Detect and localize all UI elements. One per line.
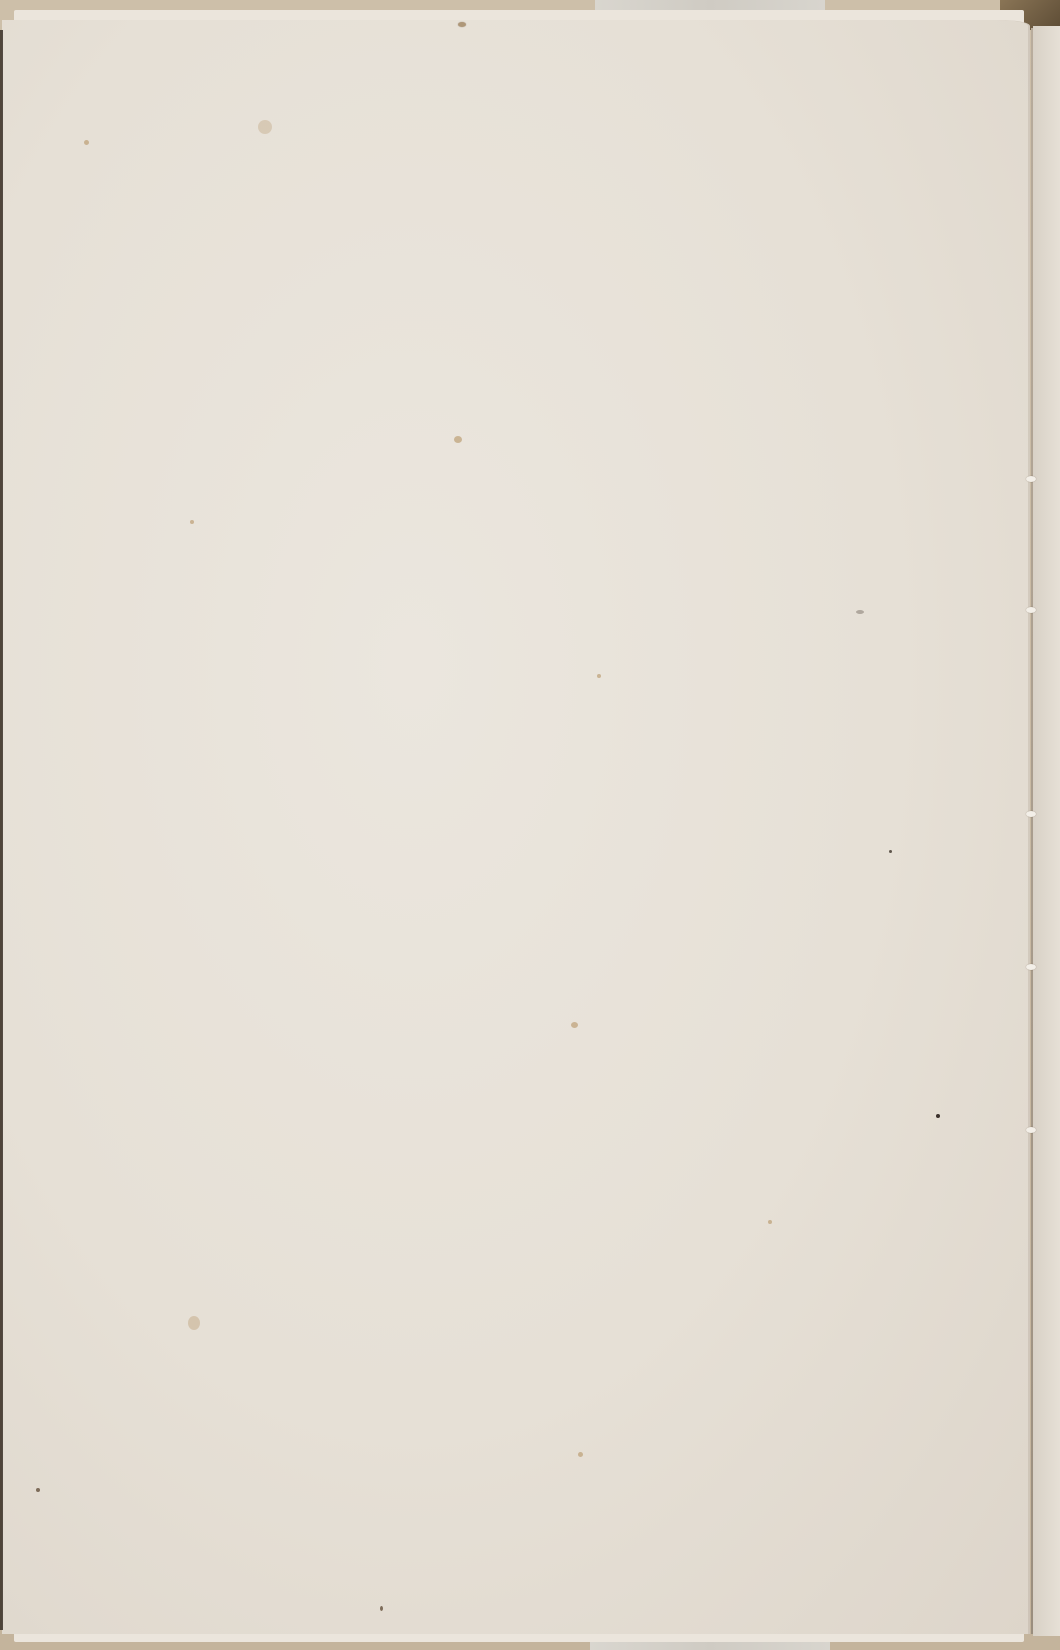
facing-page-edge xyxy=(1033,26,1060,1636)
foxing-spot xyxy=(768,1220,772,1224)
blank-book-page xyxy=(2,20,1030,1634)
foxing-spot xyxy=(380,1606,383,1611)
foxing-spot xyxy=(571,1022,578,1028)
foxing-spot xyxy=(856,610,864,614)
foxing-spot xyxy=(190,520,194,524)
foxing-spot xyxy=(454,436,462,443)
binding-stitch xyxy=(1026,811,1036,817)
foxing-spot xyxy=(578,1452,583,1457)
foxing-spot xyxy=(597,674,601,678)
binding-stitch xyxy=(1026,1127,1036,1133)
foxing-spot xyxy=(889,850,892,853)
foxing-spot xyxy=(84,140,89,145)
foxing-spot xyxy=(188,1316,200,1330)
page-left-edge-shadow xyxy=(0,30,3,1630)
foxing-spot xyxy=(36,1488,40,1492)
page-body xyxy=(62,80,962,1580)
foxing-spot xyxy=(936,1114,940,1118)
binding-stitch xyxy=(1026,964,1036,970)
binding-stitch xyxy=(1026,607,1036,613)
foxing-spot xyxy=(258,120,272,134)
foxing-spot xyxy=(458,22,466,27)
binding-stitch xyxy=(1026,476,1036,482)
